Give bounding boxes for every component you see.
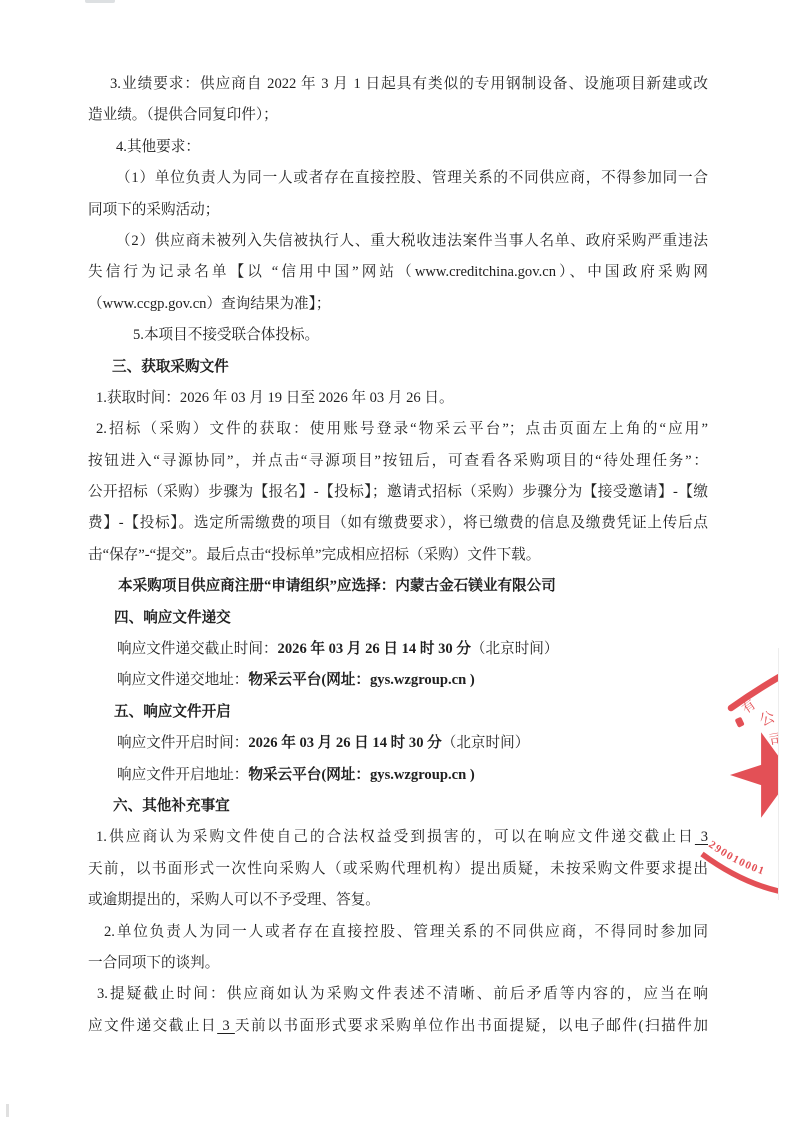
- document-line: 造业绩。（提供合同复印件）；: [88, 100, 708, 131]
- heading-section-5: 五、响应文件开启: [88, 697, 708, 728]
- page-scan-edge: [778, 648, 779, 900]
- text-segment: 按钮进入“寻源协同”，并点击“寻源项目”按钮后，可查看各采购项目的“待处理任务”…: [88, 453, 708, 469]
- company-seal-stamp: 有 公 司 290010001: [700, 648, 793, 900]
- text-segment: 或逾期提出的，采购人可以不予受理、答复。: [88, 892, 380, 908]
- heading-section-6: 六、其他补充事宜: [88, 791, 708, 822]
- text-segment: 六、其他补充事宜: [113, 798, 230, 814]
- paragraph-open-address: 响应文件开启地址：物采云平台(网址：gys.wzgroup.cn ): [88, 760, 708, 791]
- document-line: 3.提疑截止时间：供应商如认为采购文件表述不清晰、前后矛盾等内容的，应当在响: [88, 979, 708, 1010]
- text-segment: 响应文件开启时间：: [117, 735, 248, 751]
- text-segment: 2.招标（采购）文件的获取：使用账号登录“物采云平台”；点击页面左上角的“应用”: [96, 421, 708, 437]
- document-line: 一合同项下的谈判。: [88, 948, 708, 979]
- text-segment: 费】-【投标】。选定所需缴费的项目（如有缴费要求），将已缴费的信息及缴费凭证上传…: [88, 515, 708, 531]
- paragraph-performance-requirement: 3.业绩要求：供应商自 2022 年 3 月 1 日起具有类似的专用钢制设备、设…: [88, 69, 708, 100]
- text-segment: （1）单位负责人为同一人或者存在直接控股、管理关系的不同供应商，不得参加同一合: [116, 170, 708, 186]
- text-segment: 三、获取采购文件: [112, 359, 229, 375]
- seal-ring-top-arc: [731, 668, 793, 708]
- paragraph-open-time: 响应文件开启时间：2026 年 03 月 26 日 14 时 30 分（北京时间…: [88, 728, 708, 759]
- text-segment: 2.单位负责人为同一人或者存在直接控股、管理关系的不同供应商，不得同时参加同: [104, 924, 708, 940]
- paragraph-no-consortium: 5.本项目不接受联合体投标。: [88, 320, 708, 351]
- paragraph-submit-address: 响应文件递交地址：物采云平台(网址：gys.wzgroup.cn ): [88, 665, 708, 696]
- document-line: 天前，以书面形式一次性向采购人（或采购代理机构）提出质疑，未按采购文件要求提出: [88, 854, 708, 885]
- paragraph-registration-note: 本采购项目供应商注册“申请组织”应选择：内蒙古金石镁业有限公司: [88, 571, 708, 602]
- document-body: 3.业绩要求：供应商自 2022 年 3 月 1 日起具有类似的专用钢制设备、设…: [88, 69, 708, 1042]
- document-page: 3.业绩要求：供应商自 2022 年 3 月 1 日起具有类似的专用钢制设备、设…: [0, 0, 793, 1123]
- text-segment: 1.供应商认为采购文件使自己的合法权益受到损害的，可以在响应文件递交截止日: [96, 829, 695, 845]
- seal-partial-char-icon: 公: [758, 709, 778, 729]
- text-segment: 物采云平台(网址：gys.wzgroup.cn ): [248, 672, 474, 688]
- text-segment: 四、响应文件递交: [114, 610, 231, 626]
- text-segment: 响应文件开启地址：: [117, 767, 248, 783]
- document-line: 击“保存”-“提交”。最后点击“投标单”完成相应招标（采购）文件下载。: [88, 540, 708, 571]
- text-segment: （北京时间）: [471, 641, 559, 657]
- document-line: 2.招标（采购）文件的获取：使用账号登录“物采云平台”；点击页面左上角的“应用”: [88, 414, 708, 445]
- paragraph-obtain-time: 1.获取时间：2026 年 03 月 19 日至 2026 年 03 月 26 …: [88, 383, 708, 414]
- text-segment: （北京时间）: [442, 735, 530, 751]
- heading-section-4: 四、响应文件递交: [88, 603, 708, 634]
- document-line: 同项下的采购活动；: [88, 195, 708, 226]
- seal-star-icon: [720, 719, 793, 823]
- document-line: 2.单位负责人为同一人或者存在直接控股、管理关系的不同供应商，不得同时参加同: [88, 917, 708, 948]
- text-segment: 同项下的采购活动；: [88, 202, 219, 218]
- document-line: 按钮进入“寻源协同”，并点击“寻源项目”按钮后，可查看各采购项目的“待处理任务”…: [88, 446, 708, 477]
- scan-artifact-bottom: [6, 1104, 9, 1117]
- document-line: 费】-【投标】。选定所需缴费的项目（如有缴费要求），将已缴费的信息及缴费凭证上传…: [88, 508, 708, 539]
- text-segment: 2026 年 03 月 26 日 14 时 30 分: [248, 735, 441, 751]
- text-segment: 失信行为记录名单【以 “信用中国”网站（www.creditchina.gov.…: [88, 264, 708, 280]
- text-segment: 天前，以书面形式一次性向采购人（或采购代理机构）提出质疑，未按采购文件要求提出: [88, 861, 708, 877]
- heading-section-3: 三、获取采购文件: [88, 352, 708, 383]
- document-line: （2）供应商未被列入失信被执行人、重大税收违法案件当事人名单、政府采购严重违法: [88, 226, 708, 257]
- text-segment: 造业绩。（提供合同复印件）；: [88, 107, 278, 123]
- text-segment: （www.ccgp.gov.cn）查询结果为准】；: [88, 296, 331, 312]
- text-segment: 响应文件递交地址：: [117, 672, 248, 688]
- paragraph-other-requirements: 4.其他要求：: [88, 132, 708, 163]
- text-segment: 4.其他要求：: [116, 139, 200, 155]
- text-segment: 本采购项目供应商注册“申请组织”应选择：内蒙古金石镁业有限公司: [118, 578, 556, 594]
- text-segment: 五、响应文件开启: [114, 704, 231, 720]
- text-segment: 3: [217, 1018, 235, 1034]
- text-segment: 一合同项下的谈判。: [88, 955, 219, 971]
- text-segment: 3.业绩要求：供应商自 2022 年 3 月 1 日起具有类似的专用钢制设备、设…: [110, 76, 708, 92]
- text-segment: 2026 年 03 月 26 日 14 时 30 分: [278, 641, 471, 657]
- scan-artifact-top: [85, 0, 115, 3]
- document-line: 应文件递交截止日 3 天前以书面形式要求采购单位作出书面提疑，以电子邮件(扫描件…: [88, 1011, 708, 1042]
- document-line: 失信行为记录名单【以 “信用中国”网站（www.creditchina.gov.…: [88, 257, 708, 288]
- seal-serial-number: 290010001: [706, 839, 766, 878]
- document-line: （1）单位负责人为同一人或者存在直接控股、管理关系的不同供应商，不得参加同一合: [88, 163, 708, 194]
- document-line: 1.供应商认为采购文件使自己的合法权益受到损害的，可以在响应文件递交截止日 3: [88, 822, 708, 853]
- text-segment: 1.获取时间：2026 年 03 月 19 日至 2026 年 03 月 26 …: [96, 390, 454, 406]
- text-segment: 公开招标（采购）步骤为【报名】-【投标】；邀请式招标（采购）步骤分为【接受邀请】…: [88, 484, 708, 500]
- text-segment: 击“保存”-“提交”。最后点击“投标单”完成相应招标（采购）文件下载。: [88, 547, 540, 563]
- document-line: 公开招标（采购）步骤为【报名】-【投标】；邀请式招标（采购）步骤分为【接受邀请】…: [88, 477, 708, 508]
- text-segment: 应文件递交截止日: [88, 1018, 217, 1034]
- seal-ink-blot: [735, 717, 745, 728]
- text-segment: 物采云平台(网址：gys.wzgroup.cn ): [248, 767, 474, 783]
- document-line: （www.ccgp.gov.cn）查询结果为准】；: [88, 289, 708, 320]
- text-segment: （2）供应商未被列入失信被执行人、重大税收违法案件当事人名单、政府采购严重违法: [116, 233, 708, 249]
- paragraph-submit-deadline: 响应文件递交截止时间：2026 年 03 月 26 日 14 时 30 分（北京…: [88, 634, 708, 665]
- text-segment: 响应文件递交截止时间：: [117, 641, 278, 657]
- text-segment: 5.本项目不接受联合体投标。: [133, 327, 319, 343]
- document-line: 或逾期提出的，采购人可以不予受理、答复。: [88, 885, 708, 916]
- text-segment: 天前以书面形式要求采购单位作出书面提疑，以电子邮件(扫描件加: [235, 1018, 708, 1034]
- text-segment: 3.提疑截止时间：供应商如认为采购文件表述不清晰、前后矛盾等内容的，应当在响: [97, 986, 708, 1002]
